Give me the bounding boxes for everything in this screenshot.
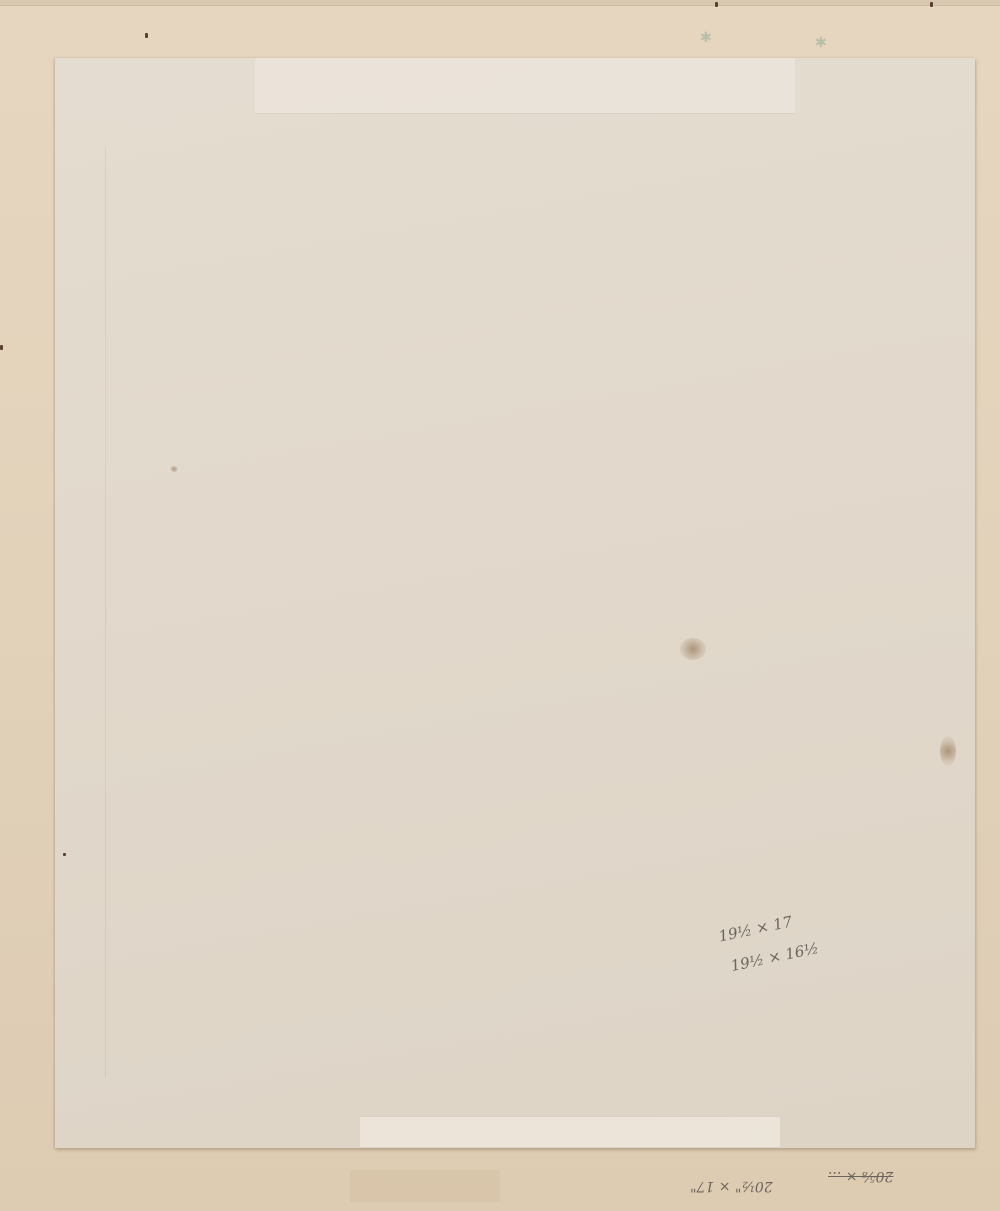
- pencil-note-frame-size: 20½" × 17": [690, 1178, 773, 1194]
- frame-backing: ✱ ✱ 19½ × 17 19½ × 16½ 20½" × 17" 20⅝ × …: [0, 0, 1000, 1211]
- tape-strip-top: [255, 58, 795, 114]
- faded-mark: ✱: [700, 30, 712, 46]
- stain-spot: [680, 638, 706, 660]
- stain-spot: [940, 736, 956, 766]
- tape-strip-bottom: [360, 1116, 780, 1147]
- faded-mark: ✱: [815, 35, 827, 51]
- speck: [63, 853, 66, 856]
- stain-spot: [170, 466, 178, 472]
- speck: [930, 2, 933, 7]
- frame-top-edge: [0, 0, 1000, 6]
- backing-board: [55, 58, 975, 1148]
- speck: [0, 345, 3, 350]
- speck: [715, 2, 718, 7]
- pencil-note-struck: 20⅝ × ...: [828, 1168, 893, 1184]
- board-crease: [105, 148, 966, 1078]
- tape-residue: [350, 1170, 500, 1202]
- speck: [145, 33, 148, 38]
